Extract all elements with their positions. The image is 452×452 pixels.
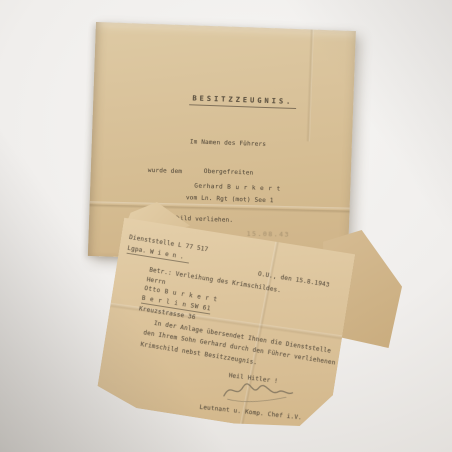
certificate-heading: BESITZZEUGNIS. [189, 95, 296, 109]
certificate-name: Gerhard B u r k e r t [194, 183, 281, 193]
certificate-honor-line: Im Namen des Führers [190, 138, 266, 148]
vertical-fold-crease [306, 29, 314, 141]
horizontal-fold-crease [90, 201, 350, 213]
photo-backdrop: BESITZZEUGNIS. Im Namen des Führers wurd… [0, 0, 452, 452]
certificate-unit: vom Ln. Rgt (mot) See 1 [186, 194, 274, 204]
faint-date-stamp: 15.08.43 [247, 231, 290, 239]
certificate-awardee-label: wurde dem [148, 167, 183, 175]
recipient-salutation: Herrn [146, 276, 166, 286]
certificate-rank: Obergefreiten [204, 168, 254, 177]
